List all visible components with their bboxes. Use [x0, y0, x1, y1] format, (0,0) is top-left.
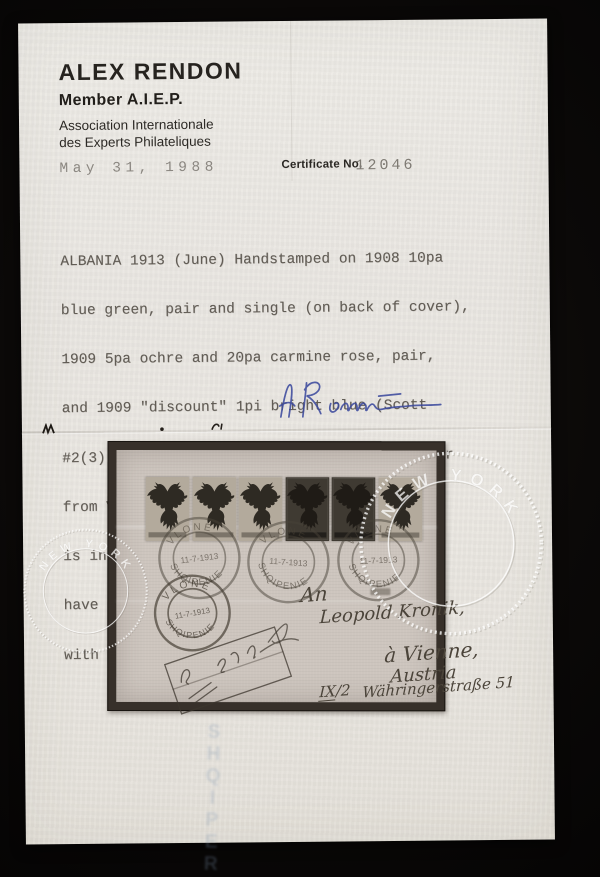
photographed-certificate: ALEX RENDON Member A.I.E.P. Association … — [0, 0, 600, 877]
cds-date: 11-7-1913 — [269, 556, 308, 569]
svg-text:VLONE: VLONE — [345, 523, 397, 548]
cds-date: 11-7-1913 — [359, 554, 398, 566]
ink-mark — [210, 421, 224, 433]
address-district: IX/2 — [319, 681, 351, 701]
membership-line: Member A.I.E.P. — [59, 90, 243, 110]
certificate-date: May 31, 1988 — [59, 160, 218, 178]
cover-front: VLONE SHQIPENIE 11-7-1913 VLONE SHQIPENI… — [116, 450, 436, 702]
address-street: Währingerstraße 51 — [362, 673, 515, 702]
address-salutation: An — [300, 581, 328, 607]
association-line: des Experts Philateliques — [59, 132, 243, 151]
cds-date: 11-7-1913 — [180, 551, 219, 566]
signature-ink-icon — [274, 369, 475, 431]
certificate-no-value: 12046 — [355, 157, 415, 175]
svg-text:VLONE: VLONE — [163, 520, 216, 549]
certificate-no-label: Certificate No. — [281, 158, 362, 171]
association-line: Association Internationale — [59, 115, 243, 134]
ink-dot — [159, 426, 165, 432]
expert-signature — [274, 369, 475, 433]
expert-name: ALEX RENDON — [58, 57, 242, 86]
ink-mark — [42, 423, 56, 435]
cds-town: VLONE — [345, 523, 397, 548]
cds-town: VLONE — [163, 520, 216, 549]
association-lines: Association Internationale des Experts P… — [59, 115, 243, 151]
body-line: 1909 5pa ochre and 20pa carmine rose, pa… — [61, 348, 501, 369]
date-row: May 31, 1988 Certificate No. 12046 — [59, 155, 519, 177]
body-line: blue green, pair and single (on back of … — [61, 299, 501, 320]
cds-town: VLONE — [258, 524, 310, 550]
district-underline — [318, 699, 335, 702]
letterhead: ALEX RENDON Member A.I.E.P. Association … — [58, 57, 243, 151]
registration-box — [156, 608, 314, 726]
smudge-mark — [370, 588, 390, 595]
certificate-paper: ALEX RENDON Member A.I.E.P. Association … — [18, 18, 555, 844]
body-line: ALBANIA 1913 (June) Handstamped on 1908 … — [60, 250, 500, 271]
ink-bleedthrough: SHQIPERIE — [200, 721, 225, 840]
svg-text:VLONE: VLONE — [258, 524, 310, 550]
cover-photograph: VLONE SHQIPENIE 11-7-1913 VLONE SHQIPENI… — [107, 441, 445, 711]
